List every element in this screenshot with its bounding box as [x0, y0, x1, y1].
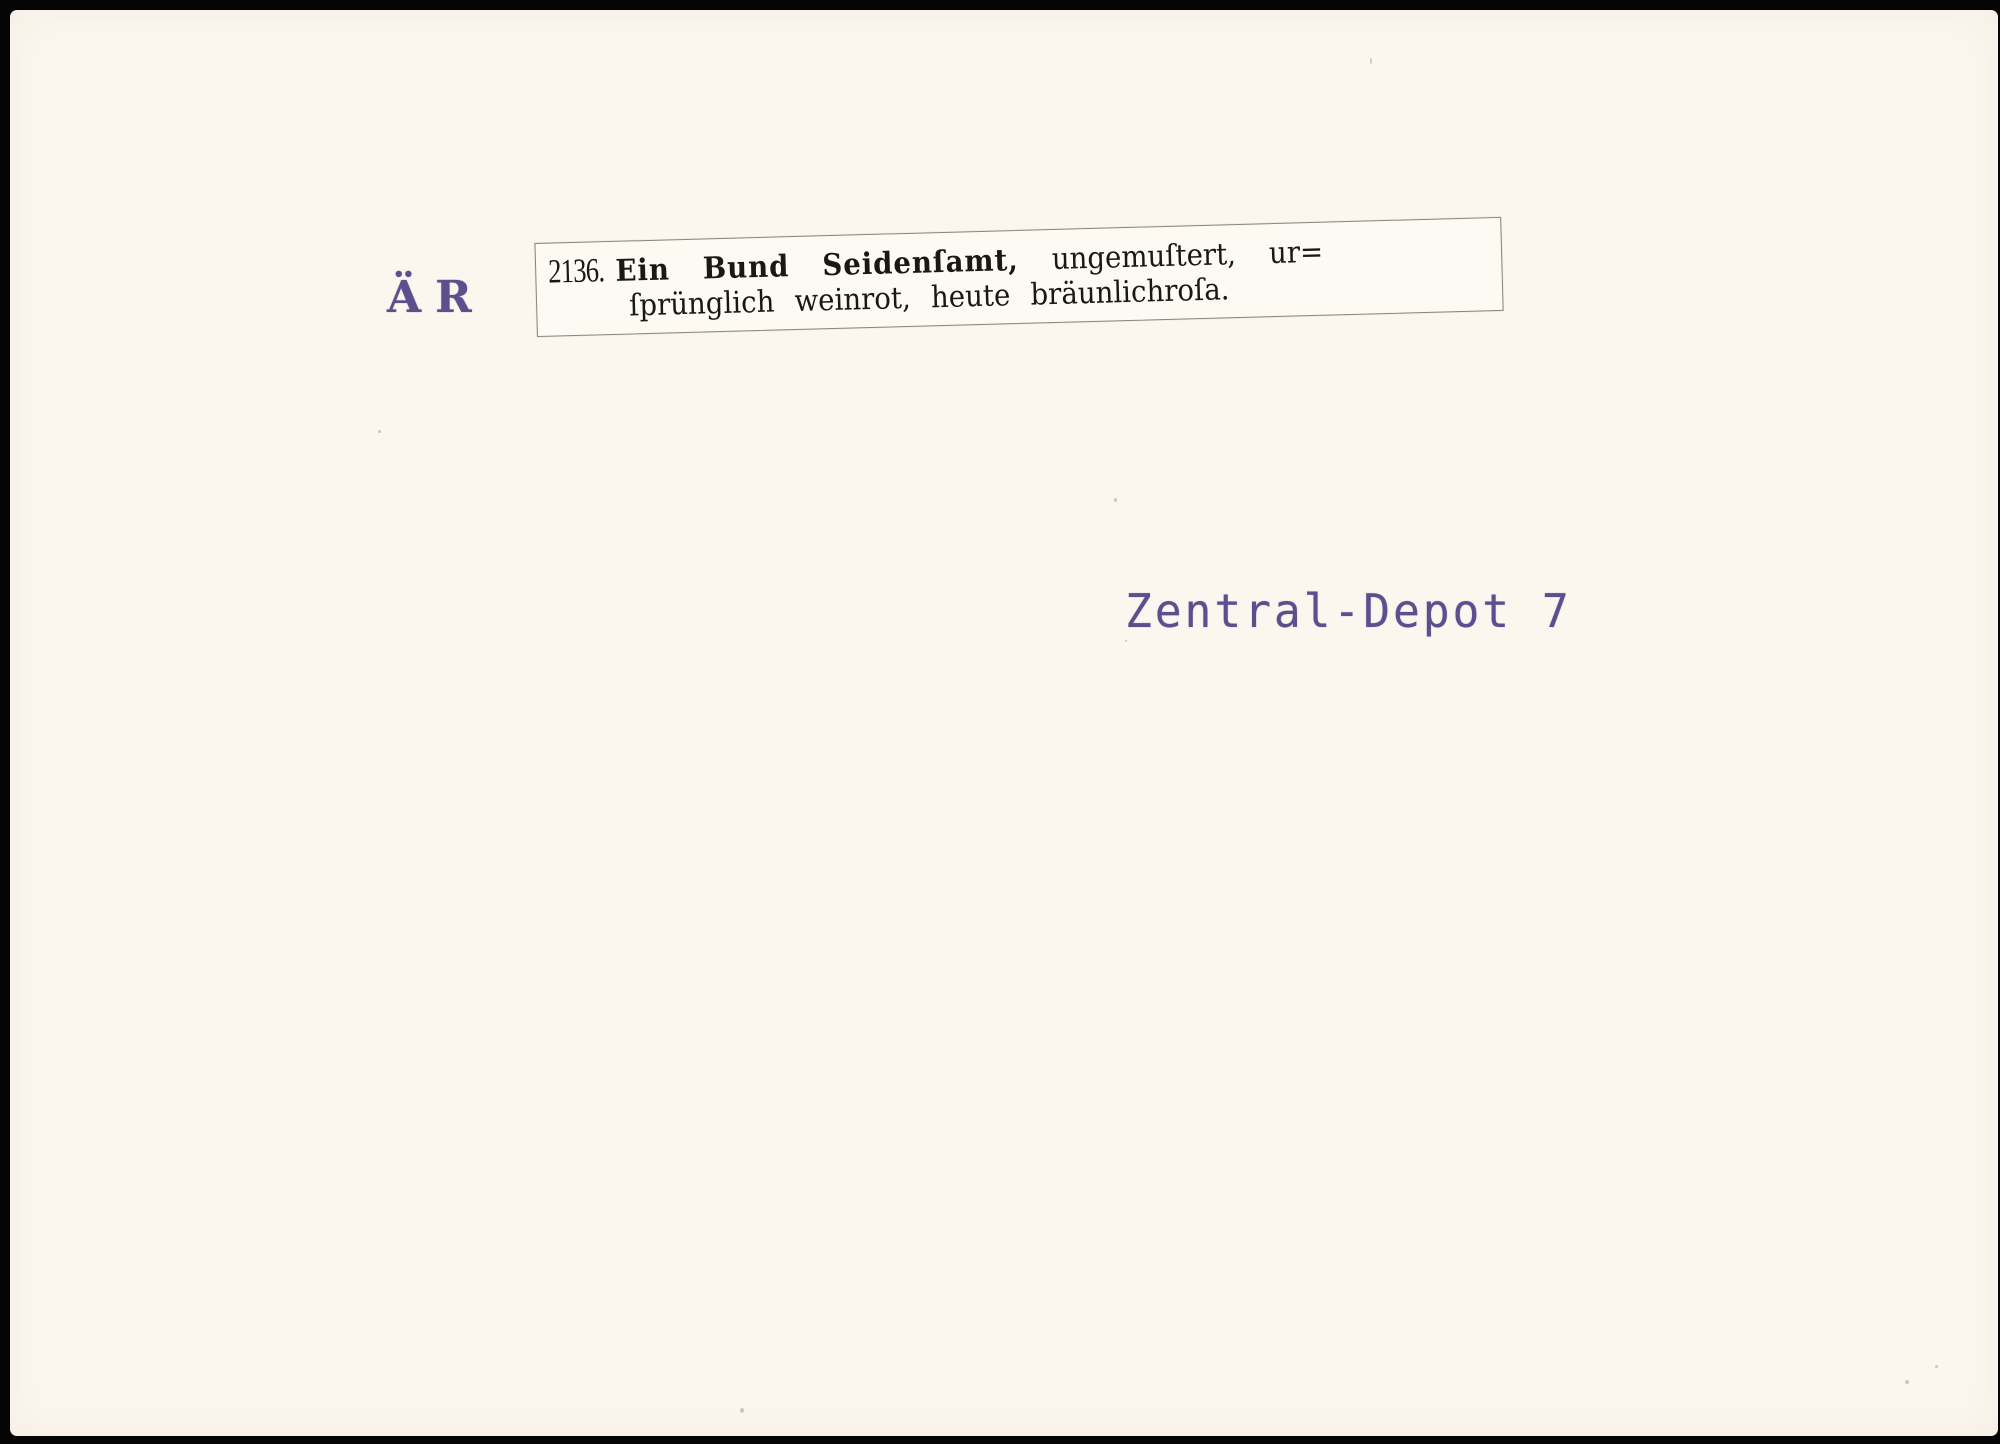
label-word: Bund	[702, 250, 789, 286]
label-word: heute	[931, 279, 1011, 315]
label-word: ungemuſtert,	[1051, 238, 1236, 277]
label-word: Seidenſamt,	[822, 244, 1019, 283]
catalogue-card: ÄR 2136. EinBundSeidenſamt,ungemuſtert,u…	[10, 10, 1998, 1436]
depot-stamp: Zentral-Depot 7	[1125, 584, 1572, 638]
paper-speck	[1370, 58, 1372, 64]
label-word: weinrot,	[794, 282, 911, 319]
pasted-catalogue-label: 2136. EinBundSeidenſamt,ungemuſtert,ur= …	[534, 217, 1503, 337]
paper-speck	[1114, 498, 1117, 502]
paper-speck	[1935, 1365, 1938, 1368]
paper-speck	[1125, 640, 1127, 642]
paper-speck	[740, 1408, 744, 1413]
paper-speck	[1905, 1380, 1909, 1384]
paper-speck	[378, 430, 381, 433]
label-word: ſprünglich	[629, 286, 775, 324]
label-word: bräunlichroſa.	[1030, 273, 1230, 312]
initials-stamp: ÄR	[387, 272, 486, 323]
label-word: Ein	[615, 253, 670, 288]
label-word: ur=	[1269, 236, 1324, 271]
catalogue-number: 2136.	[548, 254, 605, 289]
scan-frame: ÄR 2136. EinBundSeidenſamt,ungemuſtert,u…	[0, 0, 2000, 1444]
